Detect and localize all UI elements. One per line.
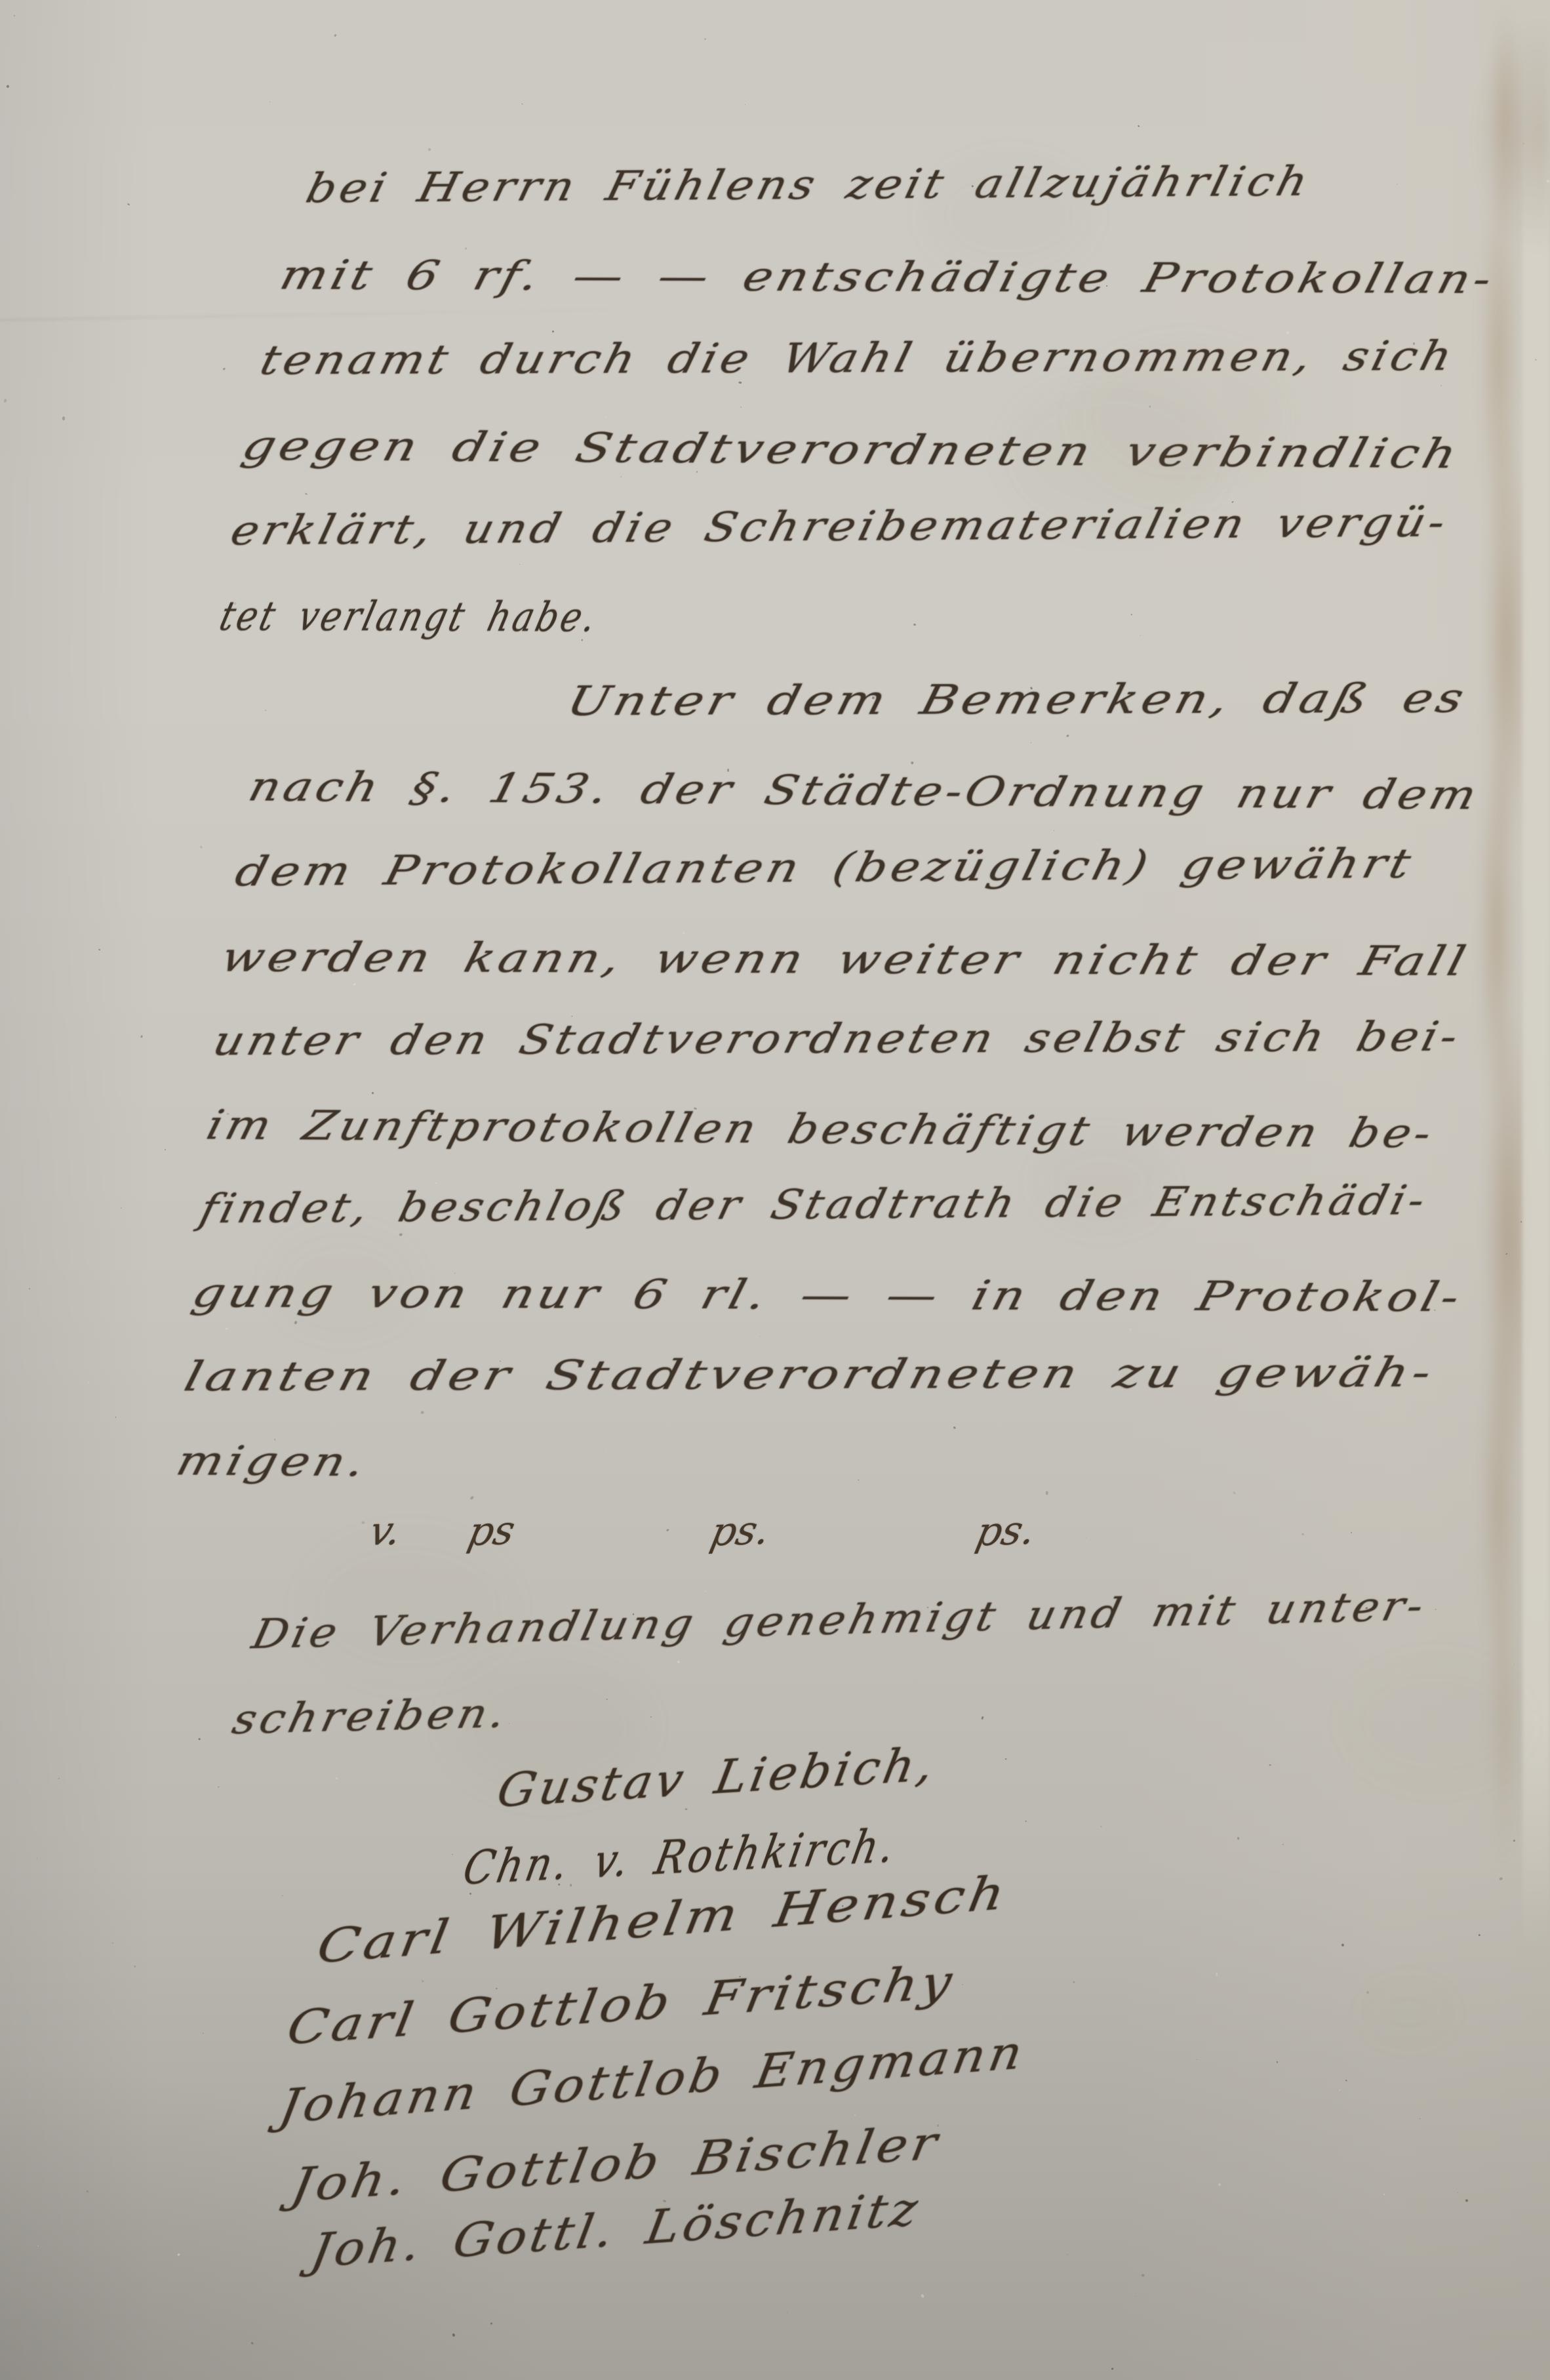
paper-speck: [1277, 2061, 1279, 2063]
shorthand-mark: ps.: [972, 1507, 1040, 1556]
paper-speck: [1138, 125, 1140, 127]
paper-speck: [371, 1091, 374, 1094]
paper-speck: [1479, 1934, 1480, 1936]
paper-speck: [519, 563, 521, 565]
paper-speck: [858, 1480, 860, 1481]
shorthand-mark: ps: [464, 1508, 519, 1556]
paper-speck: [1513, 1840, 1515, 1842]
paper-speck: [1383, 2194, 1385, 2195]
paper-speck: [269, 102, 271, 103]
paper-speck: [982, 1716, 984, 1720]
paper-blotch: [1367, 1984, 1448, 2041]
paper-blotch: [1347, 1661, 1524, 1785]
paper-speck: [1440, 384, 1442, 386]
page-edge-underpaper: [1522, 0, 1550, 2380]
paper-speck: [451, 1853, 452, 1855]
paper-speck: [1269, 1764, 1271, 1766]
paper-speck: [177, 2253, 180, 2257]
paper-speck: [452, 2333, 455, 2337]
paper-speck: [115, 1417, 117, 1418]
paper-speck: [265, 710, 267, 712]
paper-speck: [605, 416, 607, 418]
handwritten-line: gung von nur 6 rl. — — in den Protokol-: [188, 1268, 1469, 1321]
paper-speck: [1086, 1537, 1087, 1538]
paper-speck: [911, 761, 914, 764]
paper-speck: [62, 416, 64, 420]
paper-speck: [361, 1521, 365, 1523]
paper-speck: [14, 14, 16, 16]
paper-speck: [294, 1320, 298, 1324]
paper-speck: [1130, 1329, 1132, 1331]
paper-speck: [1339, 2089, 1341, 2091]
paper-speck: [704, 38, 706, 40]
handwritten-line: schreiben.: [228, 1688, 514, 1743]
paper-speck: [1197, 2059, 1197, 2060]
handwritten-line: nach §. 153. der Städte-Ordnung nur dem: [244, 762, 1485, 818]
paper-speck: [745, 104, 745, 105]
handwritten-line: im Zunftprotokollen beschäftigt werden b…: [202, 1100, 1441, 1157]
handwritten-line: Die Verhandlung genehmigt und mit unter-: [248, 1581, 1432, 1658]
paper-speck: [1420, 2118, 1421, 2120]
paper-speck: [1302, 1533, 1305, 1536]
paper-speck: [1054, 830, 1054, 830]
paper-speck: [1397, 183, 1398, 184]
paper-speck: [758, 1691, 759, 1692]
paper-speck: [469, 1495, 474, 1500]
paper-speck: [1498, 1877, 1502, 1881]
paper-speck: [1282, 1844, 1284, 1846]
paper-speck: [1025, 1821, 1027, 1822]
paper-speck: [188, 1841, 189, 1842]
paper-speck: [796, 411, 797, 412]
paper-speck: [1066, 735, 1069, 738]
paper-speck: [666, 1529, 669, 1531]
paper-speck: [953, 1426, 956, 1429]
paper-speck: [465, 247, 467, 249]
paper-speck: [200, 845, 203, 849]
paper-speck: [704, 1591, 707, 1592]
paper-speck: [1135, 2296, 1136, 2297]
paper-speck: [621, 476, 622, 477]
paper-speck: [111, 1943, 113, 1944]
paper-speck: [98, 948, 101, 951]
paper-speck: [1345, 2080, 1347, 2082]
paper-speck: [225, 1327, 228, 1330]
shorthand-mark: v.: [366, 1508, 406, 1555]
paper-speck: [203, 2032, 204, 2034]
paper-speck: [1458, 2192, 1458, 2192]
paper-speck: [921, 2293, 925, 2298]
paper-speck: [605, 1451, 606, 1452]
paper-speck: [28, 1288, 30, 1290]
fold-crease: [0, 308, 643, 321]
paper-speck: [7, 85, 10, 88]
paper-speck: [36, 1857, 37, 1859]
signature-line: Gustav Liebich,: [493, 1737, 942, 1818]
paper-speck: [1140, 635, 1141, 636]
paper-speck: [1131, 614, 1132, 615]
paper-speck: [1514, 1664, 1515, 1664]
paper-speck: [1005, 1758, 1007, 1760]
paper-speck: [1534, 359, 1537, 361]
paper-speck: [787, 2312, 787, 2312]
paper-speck: [1072, 1981, 1075, 1984]
paper-speck: [913, 624, 916, 626]
paper-speck: [1351, 1532, 1352, 1533]
handwritten-line: findet, beschloß der Stadtrath die Entsc…: [195, 1176, 1433, 1232]
handwritten-line: unter den Stadtverordneten selbst sich b…: [209, 1012, 1467, 1064]
shorthand-mark: ps.: [707, 1507, 774, 1556]
paper-speck: [1216, 1973, 1218, 1976]
paper-speck: [1031, 742, 1031, 743]
paper-speck: [606, 1698, 608, 1700]
paper-speck: [165, 1148, 166, 1150]
paper-speck: [140, 1035, 143, 1038]
paper-speck: [740, 407, 742, 408]
handwritten-line: Unter dem Bemerken, daß es: [563, 674, 1473, 725]
paper-speck: [1520, 1220, 1522, 1222]
paper-speck: [1546, 180, 1549, 183]
paper-speck: [1100, 1825, 1103, 1827]
paper-speck: [685, 1808, 688, 1811]
paper-speck: [58, 1778, 60, 1780]
manuscript-page: bei Herrn Fühlens zeit allzujährlichmit …: [0, 0, 1550, 2380]
paper-speck: [961, 1984, 963, 1986]
paper-speck: [1233, 1491, 1236, 1495]
paper-speck: [305, 493, 308, 495]
paper-speck: [282, 1895, 283, 1897]
handwritten-line: erklärt, und die Schreibematerialien ver…: [226, 498, 1454, 554]
paper-speck: [421, 1980, 424, 1983]
paper-speck: [1141, 2274, 1145, 2277]
paper-speck: [1523, 143, 1524, 144]
paper-speck: [334, 33, 336, 36]
paper-speck: [1465, 1450, 1465, 1451]
paper-speck: [121, 1207, 122, 1208]
paper-speck: [1341, 1943, 1344, 1947]
paper-speck: [222, 367, 226, 371]
paper-speck: [508, 1724, 509, 1724]
paper-speck: [1237, 1837, 1239, 1840]
paper-speck: [428, 148, 431, 151]
paper-speck: [738, 382, 742, 384]
paper-speck: [1465, 2198, 1469, 2202]
paper-speck: [522, 104, 523, 105]
paper-speck: [37, 2246, 39, 2246]
paper-speck: [759, 1336, 760, 1337]
handwritten-line: werden kann, wenn weiter nicht der Fall: [216, 933, 1475, 985]
paper-speck: [199, 1737, 201, 1740]
paper-speck: [650, 1716, 652, 1718]
paper-speck: [399, 1233, 403, 1236]
handwritten-line: bei Herrn Fühlens zeit allzujährlich: [302, 157, 1317, 212]
handwritten-line: tenamt durch die Wahl übernommen, sich: [256, 332, 1461, 384]
paper-speck: [4, 398, 7, 403]
paper-speck: [1149, 405, 1151, 408]
handwritten-line: migen.: [172, 1436, 374, 1485]
paper-speck: [1218, 2183, 1221, 2186]
paper-speck: [134, 1965, 137, 1968]
paper-speck: [1111, 2368, 1113, 2370]
paper-speck: [490, 2322, 492, 2324]
handwritten-line: lanten der Stadtverordneten zu gewäh-: [180, 1348, 1441, 1400]
paper-speck: [127, 203, 130, 206]
paper-speck: [854, 2113, 856, 2115]
paper-speck: [552, 330, 555, 333]
paper-speck: [352, 983, 355, 986]
handwritten-line: dem Protokollanten (bezüglich) gewährt: [231, 839, 1420, 895]
paper-speck: [86, 2190, 89, 2193]
paper-speck: [1366, 1990, 1370, 1994]
paper-speck: [218, 1786, 219, 1788]
paper-speck: [1435, 1609, 1437, 1610]
paper-speck: [1067, 2254, 1067, 2255]
paper-speck: [335, 1777, 338, 1780]
handwritten-line: gegen die Stadtverordneten verbindlich: [237, 421, 1466, 477]
paper-speck: [1046, 1491, 1048, 1495]
handwritten-line: mit 6 rf. — — entschädigte Protokollan-: [275, 251, 1501, 302]
paper-speck: [1505, 1253, 1507, 1256]
paper-speck: [420, 1411, 424, 1415]
paper-speck: [677, 1660, 680, 1663]
paper-speck: [251, 2342, 254, 2345]
paper-speck: [88, 1382, 90, 1383]
handwritten-line: tet verlangt habe.: [215, 592, 604, 641]
